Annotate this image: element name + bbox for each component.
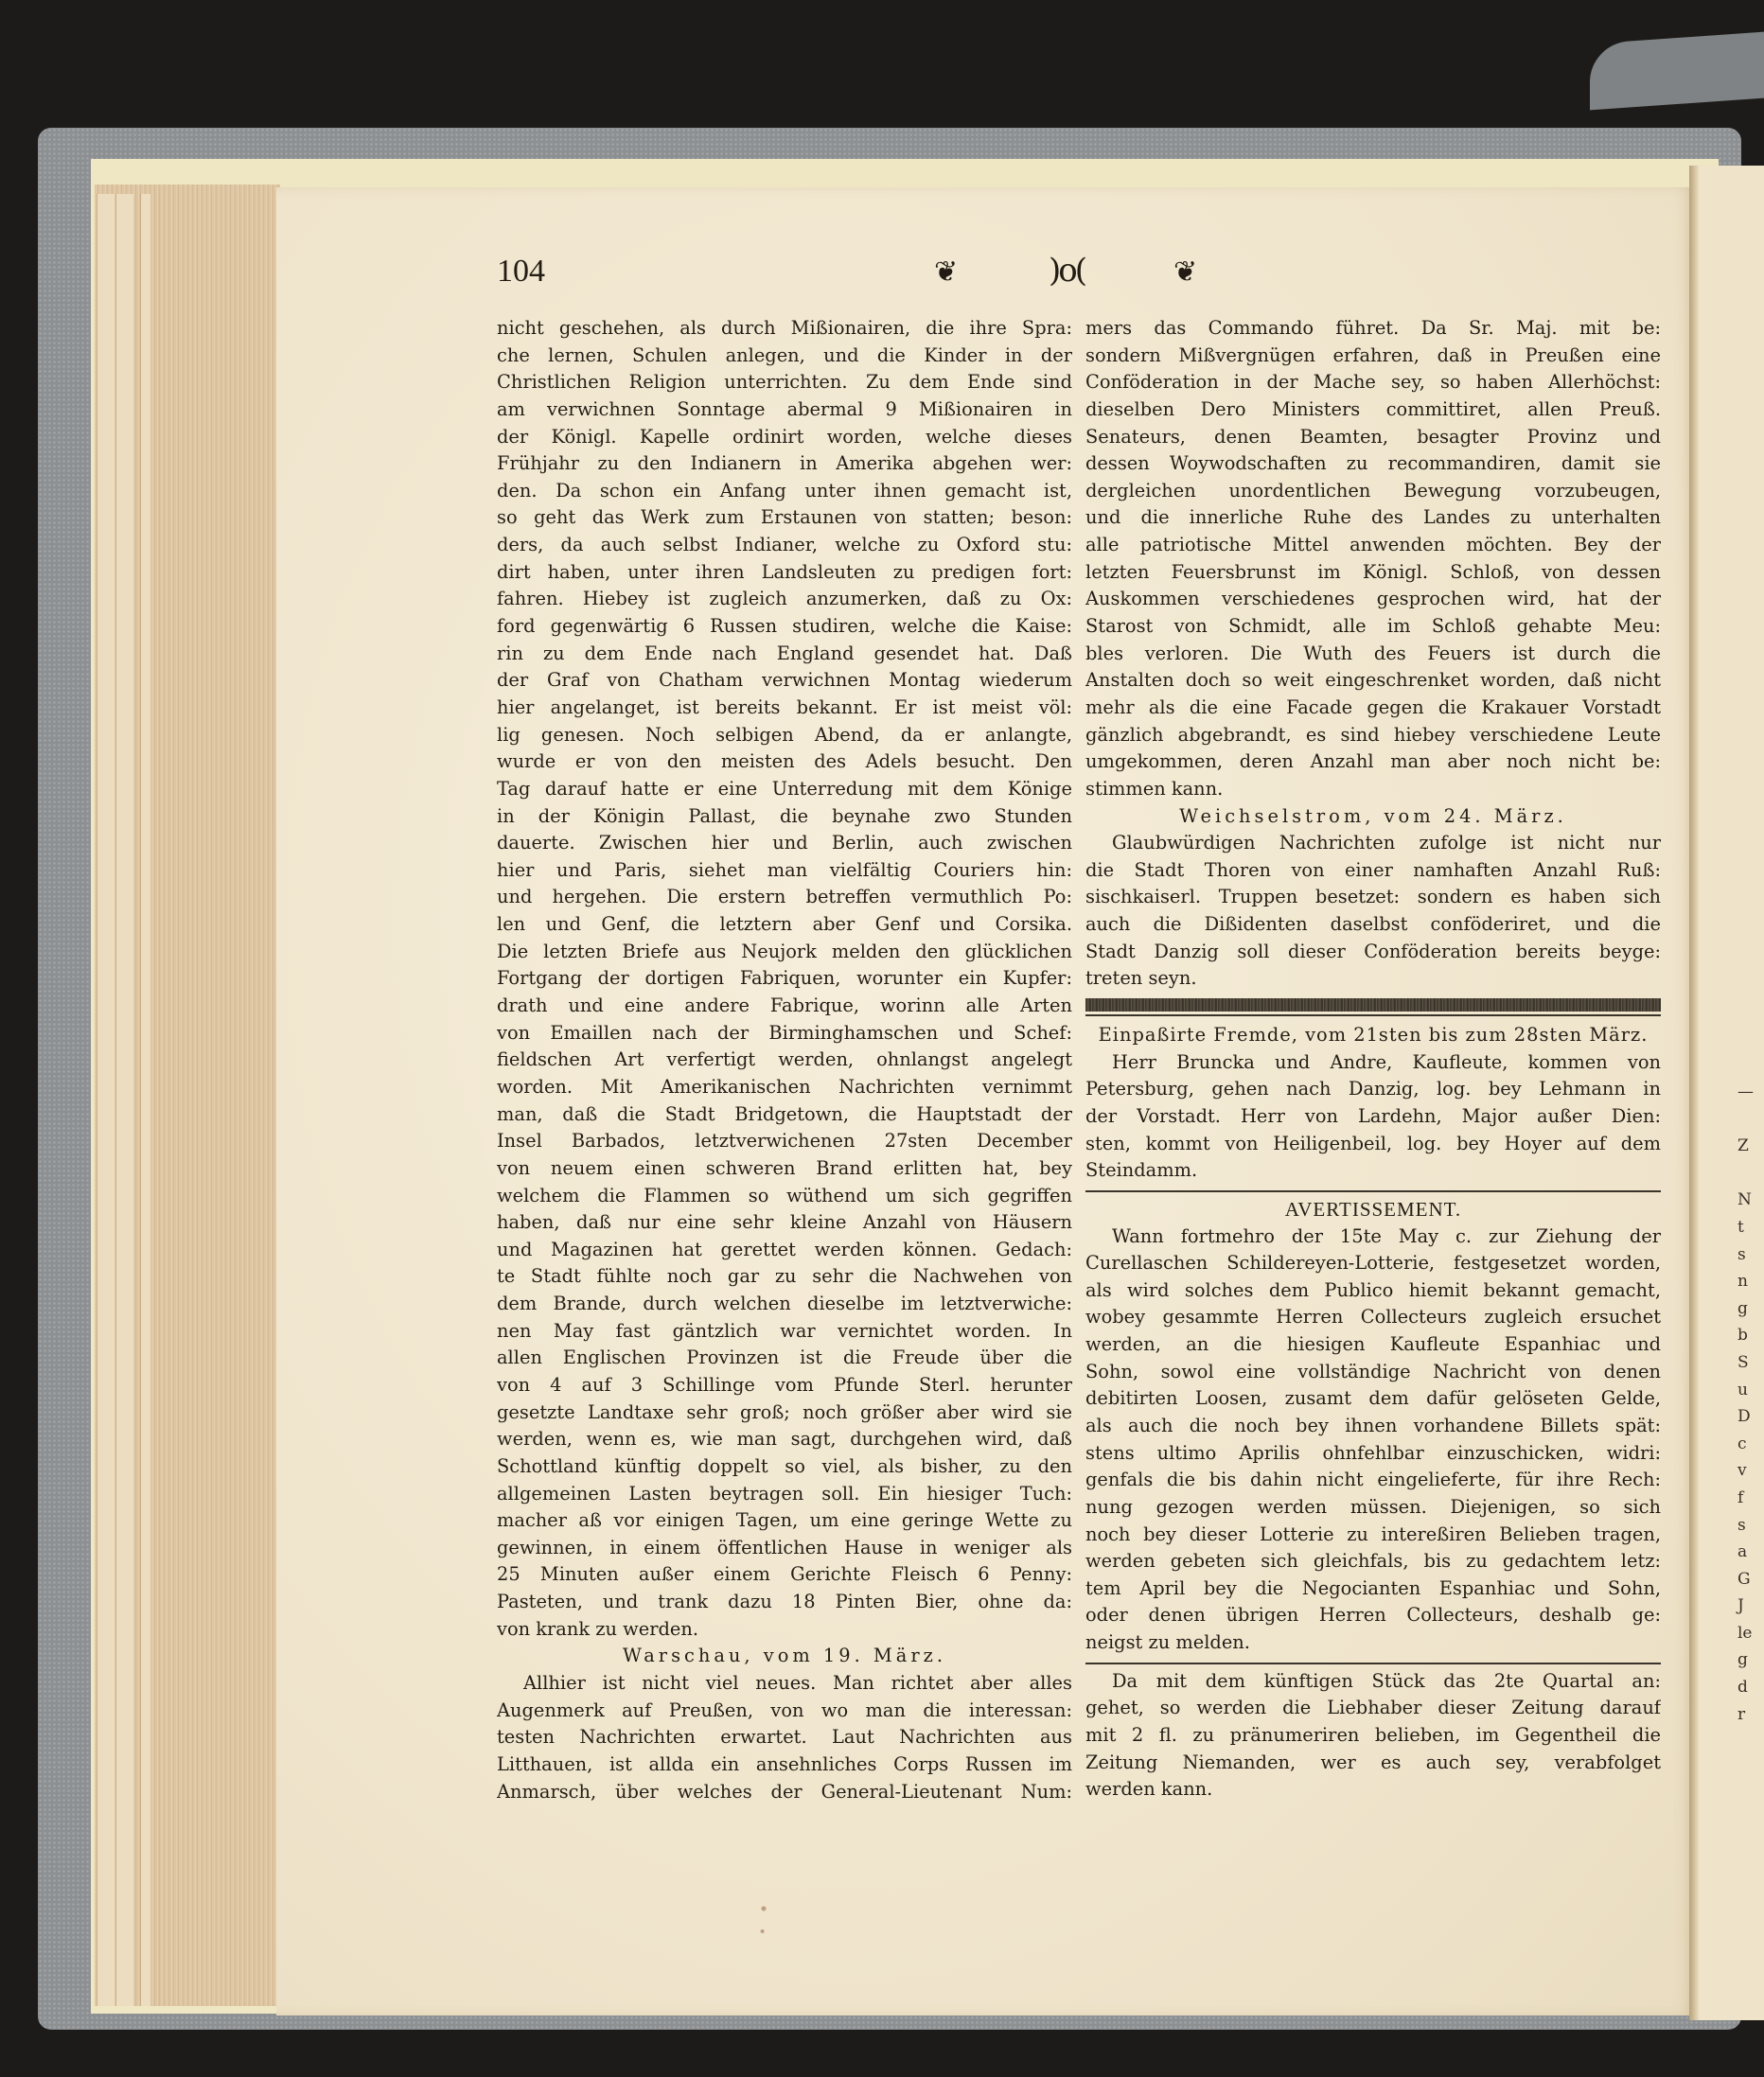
text-line: als auch die noch bey ihnen vorhandene B… (1085, 1413, 1661, 1440)
text-line: sondern Mißvergnügen erfahren, daß in Pr… (1085, 343, 1661, 370)
shell-ornament-icon: ❦ (934, 255, 958, 289)
text-line: von 4 auf 3 Schillinge vom Pfunde Sterl.… (497, 1372, 1072, 1399)
text-line: debitirten Loosen, zusamt dem dafür gelö… (1085, 1385, 1661, 1413)
book-gutter (1689, 166, 1699, 2020)
text-line: stens ultimo Aprilis ohnfehlbar einzusch… (1085, 1440, 1661, 1468)
text-line: haben, daß nur eine sehr kleine Anzahl v… (497, 1209, 1072, 1237)
text-line: den. Da schon ein Anfang unter ihnen gem… (497, 478, 1072, 505)
text-line: hier und Paris, siehet man vielfältig Co… (497, 857, 1072, 885)
text-line: worden. Mit Amerikanischen Nachrichten v… (497, 1074, 1072, 1101)
text-line: che lernen, Schulen anlegen, und die Kin… (497, 343, 1072, 370)
text-line: Pasteten, und trank dazu 18 Pinten Bier,… (497, 1589, 1072, 1616)
adjacent-page-text-fragment: — Z N t s n g b S u D c v f s a G J le g… (1738, 1079, 1754, 1728)
dateline-warschau: Warschau, vom 19. März. (497, 1643, 1072, 1670)
text-line: nicht geschehen, als durch Mißionairen, … (497, 315, 1072, 343)
text-line: oder denen übrigen Herren Collecteurs, d… (1085, 1602, 1661, 1629)
header-center-ornament: )o( (1049, 252, 1085, 290)
text-line: gänzlich abgebrandt, es sind hiebey vers… (1085, 722, 1661, 749)
text-line: gesetzte Landtaxe sehr groß; noch größer… (497, 1399, 1072, 1427)
dateline-weichselstrom: Weichselstrom, vom 24. März. (1085, 803, 1661, 831)
text-line: noch bey dieser Lotterie zu intereßiren … (1085, 1522, 1661, 1549)
page-edge-sheet (140, 194, 150, 2006)
text-line: wobey gesammte Herren Collecteurs zuglei… (1085, 1304, 1661, 1331)
page-edges-stack (95, 185, 280, 2006)
text-line: Da mit dem künftigen Stück das 2te Quart… (1085, 1668, 1661, 1696)
text-line: von krank zu werden. (497, 1616, 1072, 1644)
text-line: Conföderation in der Mache sey, so haben… (1085, 369, 1661, 396)
text-line: ford gegenwärtig 6 Russen studiren, welc… (497, 613, 1072, 641)
text-line: Insel Barbados, letztverwichenen 27sten … (497, 1128, 1072, 1155)
text-line: neigst zu melden. (1085, 1629, 1661, 1657)
avertissement-heading: AVERTISSEMENT. (1085, 1196, 1661, 1223)
text-line: so geht das Werk zum Erstaunen von statt… (497, 504, 1072, 532)
text-line: der Vorstadt. Herr von Lardehn, Major au… (1085, 1103, 1661, 1131)
text-line: drath und eine andere Fabrique, worinn a… (497, 993, 1072, 1020)
text-line: werden, an die hiesigen Kaufleute Espanh… (1085, 1331, 1661, 1359)
text-line: Allhier ist nicht viel neues. Man richte… (497, 1670, 1072, 1698)
text-line: Schottland künftig doppelt so viel, als … (497, 1453, 1072, 1481)
text-line: die Stadt Thoren von einer namhaften Anz… (1085, 857, 1661, 885)
text-line: werden kann. (1085, 1776, 1661, 1804)
text-line: treten seyn. (1085, 965, 1661, 993)
text-line: Litthauen, ist allda ein ansehnliches Co… (497, 1751, 1072, 1779)
text-line: auch die Dißidenten daselbst conföderire… (1085, 911, 1661, 939)
text-line: Christlichen Religion unterrichten. Zu d… (497, 369, 1072, 396)
text-line: alle patriotische Mittel anwenden möchte… (1085, 532, 1661, 559)
section-divider-thick (1085, 998, 1661, 1012)
text-line: man, daß die Stadt Bridgetown, die Haupt… (497, 1101, 1072, 1129)
text-line: te Stadt fühlte noch gar zu sehr die Nac… (497, 1263, 1072, 1291)
page-edge-sheet (97, 194, 115, 2006)
text-line: Curellaschen Schildereyen-Lotterie, fest… (1085, 1250, 1661, 1277)
text-line: am verwichnen Sonntage abermal 9 Mißiona… (497, 396, 1072, 424)
right-text-column: mers das Commando führet. Da Sr. Maj. mi… (1085, 315, 1661, 1804)
text-line: allen Englischen Provinzen ist die Freud… (497, 1345, 1072, 1372)
text-line: stimmen kann. (1085, 776, 1661, 803)
text-line: mit 2 fl. zu pränumeriren belieben, im G… (1085, 1722, 1661, 1750)
ink-stain (757, 1897, 770, 1954)
text-line: Augenmerk auf Preußen, von wo man die in… (497, 1698, 1072, 1725)
text-line: wurde er von den meisten des Adels besuc… (497, 748, 1072, 776)
text-line: Sohn, sowol eine vollständige Nachricht … (1085, 1359, 1661, 1386)
page-number: 104 (497, 254, 545, 290)
text-line: von neuem einen schweren Brand erlitten … (497, 1155, 1072, 1183)
text-line: nen May fast gäntzlich war vernichtet wo… (497, 1318, 1072, 1346)
text-line: welchem die Flammen so wüthend um sich g… (497, 1183, 1072, 1210)
text-line: genfals die bis dahin nicht eingeliefert… (1085, 1467, 1661, 1494)
text-line: Steindamm. (1085, 1157, 1661, 1185)
text-line: ders, da auch selbst Indianer, welche zu… (497, 532, 1072, 559)
text-line: mehr als die eine Facade gegen die Kraka… (1085, 695, 1661, 722)
text-line: Glaubwürdigen Nachrichten zufolge ist ni… (1085, 830, 1661, 857)
text-line: Wann fortmehro der 15te May c. zur Ziehu… (1085, 1223, 1661, 1251)
text-line: und die innerliche Ruhe des Landes zu un… (1085, 504, 1661, 532)
text-line: letzten Feuersbrunst im Königl. Schloß, … (1085, 559, 1661, 587)
text-line: rin zu dem Ende nach England gesendet ha… (497, 641, 1072, 668)
text-line: allgemeinen Lasten beytragen soll. Ein h… (497, 1481, 1072, 1508)
text-line: Petersburg, gehen nach Danzig, log. bey … (1085, 1076, 1661, 1103)
text-line: gehet, so werden die Liebhaber dieser Ze… (1085, 1695, 1661, 1722)
text-line: umgekommen, deren Anzahl man aber noch n… (1085, 748, 1661, 776)
text-line: und hergehen. Die erstern betreffen verm… (497, 884, 1072, 911)
text-line: tem April bey die Negocianten Espanhiac … (1085, 1575, 1661, 1603)
text-line: dem Brande, durch welchen dieselbe im le… (497, 1291, 1072, 1318)
text-line: dieselben Dero Ministers committiret, al… (1085, 396, 1661, 424)
text-line: 25 Minuten außer einem Gerichte Fleisch … (497, 1561, 1072, 1589)
text-line: Frühjahr zu den Indianern in Amerika abg… (497, 450, 1072, 478)
text-line: der Königl. Kapelle ordinirt worden, wel… (497, 424, 1072, 451)
page-edge-sheet (115, 194, 133, 2006)
text-line: len und Genf, die letztern aber Genf und… (497, 911, 1072, 939)
text-line: Anmarsch, über welches der General-Lieut… (497, 1779, 1072, 1806)
text-line: nung gezogen werden müssen. Diejenigen, … (1085, 1494, 1661, 1522)
text-line: Auskommen verschiedenes gesprochen wird,… (1085, 586, 1661, 613)
section-divider-thin (1085, 1014, 1661, 1016)
text-line: dirt haben, unter ihren Landsleuten zu p… (497, 559, 1072, 587)
text-line: fahren. Hiebey ist zugleich anzumerken, … (497, 586, 1072, 613)
text-line: sten, kommt von Heiligenbeil, log. bey H… (1085, 1131, 1661, 1158)
text-line: mers das Commando führet. Da Sr. Maj. mi… (1085, 315, 1661, 343)
section-divider-thin (1085, 1190, 1661, 1192)
arrivals-heading: Einpaßirte Fremde, vom 21sten bis zum 28… (1085, 1022, 1661, 1049)
text-line: sischkaiserl. Truppen besetzet: sondern … (1085, 884, 1661, 911)
text-line: macher aß vor einigen Tagen, um eine ger… (497, 1507, 1072, 1535)
text-line: Anstalten doch so weit eingeschrenket wo… (1085, 667, 1661, 695)
text-line: fieldschen Art verfertigt werden, ohnlan… (497, 1047, 1072, 1074)
text-line: Tag darauf hatte er eine Unterredung mit… (497, 776, 1072, 803)
text-line: hier angelanget, ist bereits bekannt. Er… (497, 695, 1072, 722)
text-line: Fortgang der dortigen Fabriquen, worunte… (497, 965, 1072, 993)
text-line: werden, wenn es, wie man sagt, durchgehe… (497, 1426, 1072, 1453)
text-line: und Magazinen hat gerettet werden können… (497, 1237, 1072, 1264)
text-line: Senateurs, denen Beamten, besagter Provi… (1085, 424, 1661, 451)
text-line: werden gebeten sich gleichfals, bis zu g… (1085, 1548, 1661, 1575)
shell-ornament-icon: ❦ (1173, 255, 1197, 289)
text-line: von Emaillen nach der Birminghamschen un… (497, 1020, 1072, 1047)
text-line: als wird solches dem Publico hiemit beka… (1085, 1277, 1661, 1305)
text-line: Herr Bruncka und Andre, Kaufleute, komme… (1085, 1049, 1661, 1077)
text-line: der Graf von Chatham verwichnen Montag w… (497, 667, 1072, 695)
text-line: lig genesen. Noch selbigen Abend, da er … (497, 722, 1072, 749)
text-line: in der Königin Pallast, die beynahe zwo … (497, 803, 1072, 831)
text-line: testen Nachrichten erwartet. Laut Nachri… (497, 1724, 1072, 1751)
section-divider-thin (1085, 1663, 1661, 1664)
text-line: Stadt Danzig soll dieser Conföderation b… (1085, 939, 1661, 966)
text-line: Zeitung Niemanden, wer es auch sey, vera… (1085, 1750, 1661, 1777)
text-line: Starost von Schmidt, alle im Schloß geha… (1085, 613, 1661, 641)
text-line: dergleichen unordentlichen Bewegung vorz… (1085, 478, 1661, 505)
text-line: gewinnen, in einem öffentlichen Hause in… (497, 1535, 1072, 1562)
adjacent-volume-spine (1590, 32, 1764, 111)
text-line: bles verloren. Die Wuth des Feuers ist d… (1085, 641, 1661, 668)
text-line: Die letzten Briefe aus Neujork melden de… (497, 939, 1072, 966)
left-text-column: nicht geschehen, als durch Mißionairen, … (497, 315, 1072, 1805)
page-header: 104 ❦ )o( ❦ (497, 254, 1661, 301)
text-line: dauerte. Zwischen hier und Berlin, auch … (497, 830, 1072, 857)
text-line: dessen Woywodschaften zu recommandiren, … (1085, 450, 1661, 478)
adjacent-page (1699, 166, 1764, 2020)
